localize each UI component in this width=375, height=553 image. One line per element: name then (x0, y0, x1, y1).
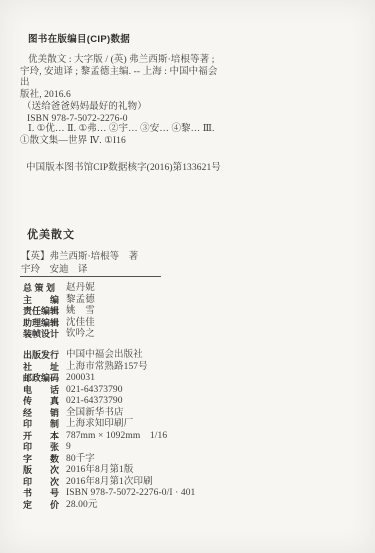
book-author: 【英】弗兰西斯·培根等 著 (21, 248, 138, 262)
cip-record-line: 优美散文 : 大字版 / (英) 弗兰西斯·培根等著 ; (20, 55, 225, 67)
publication-row-value: 中国中福会出版社 (66, 350, 143, 362)
publication-row: 定 价 28.00元 (23, 500, 195, 512)
publication-row: 印 制 上海求知印刷厂 (23, 419, 195, 431)
staff-row-value: 黎孟德 (66, 295, 95, 307)
publication-row-label: 社 址 (23, 362, 60, 374)
staff-row-value: 姚 雪 (66, 306, 95, 318)
publication-row-value: 9 (66, 442, 71, 454)
publication-row-value: 2016年8月第1版 (66, 465, 134, 477)
divider-rule (20, 276, 161, 277)
staff-row: 助理编辑 沈佳佳 (23, 318, 95, 330)
staff-row-label: 责任编辑 (23, 306, 60, 318)
book-translators: 宇玲 安迪 译 (21, 261, 88, 275)
publication-row: 电 话 021-64373790 (23, 385, 195, 397)
publication-row-value: 2016年8月第1次印刷 (66, 477, 153, 489)
cip-record-line: 宇玲, 安迪译 ; 黎孟德主编. -- 上海 : 中国中福会出 (20, 67, 225, 90)
publication-row-value: 28.00元 (66, 500, 97, 512)
publication-row-label: 开 本 (23, 431, 60, 443)
publication-row: 书 号 ISBN 978-7-5072-2276-0/I · 401 (23, 488, 195, 500)
cip-classification-block: Ⅰ. ①优… Ⅱ. ①弗… ②宇… ③安… ④黎… Ⅲ. ①散文集—世界 Ⅳ. … (20, 124, 250, 148)
publication-row-label: 定 价 (23, 500, 60, 512)
publication-row-value: 021-64373790 (66, 385, 123, 397)
publication-row: 印 张 9 (23, 442, 195, 454)
publication-row-label: 版 次 (23, 465, 60, 477)
staff-row-value: 沈佳佳 (66, 318, 95, 330)
cip-record-block: 优美散文 : 大字版 / (英) 弗兰西斯·培根等著 ; 宇玲, 安迪译 ; 黎… (20, 55, 225, 125)
cip-record-line: 版社, 2016.6 (20, 90, 225, 102)
staff-row-label: 装帧设计 (23, 329, 60, 341)
publication-row: 出版发行 中国中福会出版社 (23, 350, 195, 362)
publication-row: 传 真 021-64373790 (23, 396, 195, 408)
staff-row-label: 助理编辑 (23, 318, 60, 330)
cip-heading: 图书在版编目(CIP)数据 (28, 31, 130, 45)
cip-verification: 中国版本图书馆CIP数据核字(2016)第133621号 (26, 159, 221, 173)
publication-row-value: 200031 (66, 373, 95, 385)
copyright-page: 图书在版编目(CIP)数据 优美散文 : 大字版 / (英) 弗兰西斯·培根等著… (0, 0, 375, 553)
publication-row-label: 印 次 (23, 477, 60, 489)
publication-row-label: 经 销 (23, 408, 60, 420)
publication-row-label: 电 话 (23, 385, 60, 397)
publication-row: 字 数 80千字 (23, 454, 195, 466)
publication-row-label: 印 制 (23, 419, 60, 431)
publication-row: 社 址 上海市常熟路157号 (23, 362, 195, 374)
staff-row-label: 总 策 划 (23, 283, 60, 295)
staff-row: 总 策 划 赵丹妮 (23, 283, 95, 295)
cip-record-line: （送给爸爸妈妈最好的礼物） (20, 102, 225, 114)
publication-row-value: 上海市常熟路157号 (66, 362, 148, 374)
cip-classification-line: ①散文集—世界 Ⅳ. ①I16 (20, 136, 250, 148)
publication-row-label: 邮政编码 (23, 373, 60, 385)
staff-row: 主 编 黎孟德 (23, 295, 95, 307)
publication-row-label: 字 数 (23, 454, 60, 466)
publication-row-label: 出版发行 (23, 350, 60, 362)
publication-row: 邮政编码 200031 (23, 373, 195, 385)
publication-row: 版 次 2016年8月第1版 (23, 465, 195, 477)
publication-row-value: 全国新华书店 (66, 408, 124, 420)
staff-credits-table: 总 策 划 赵丹妮 主 编 黎孟德 责任编辑 姚 雪 助理编辑 沈佳佳 装帧设计… (23, 283, 95, 341)
publication-row-label: 书 号 (23, 488, 60, 500)
book-title: 优美散文 (27, 226, 75, 242)
staff-row-value: 钦吟之 (66, 329, 95, 341)
publication-row-value: 上海求知印刷厂 (66, 419, 133, 431)
publication-row-value: 80千字 (66, 454, 95, 466)
publication-row-value: 021-64373790 (66, 396, 123, 408)
staff-row-value: 赵丹妮 (66, 283, 95, 295)
publication-row-label: 传 真 (23, 396, 60, 408)
publication-row-value: ISBN 978-7-5072-2276-0/I · 401 (66, 488, 195, 500)
cip-classification-line: Ⅰ. ①优… Ⅱ. ①弗… ②宇… ③安… ④黎… Ⅲ. (20, 124, 250, 136)
staff-row: 装帧设计 钦吟之 (23, 329, 95, 341)
publication-row: 开 本 787mm × 1092mm 1/16 (23, 431, 195, 443)
staff-row: 责任编辑 姚 雪 (23, 306, 95, 318)
publication-details-table: 出版发行 中国中福会出版社 社 址 上海市常熟路157号 邮政编码 200031… (23, 350, 195, 511)
publication-row-value: 787mm × 1092mm 1/16 (66, 431, 167, 443)
publication-row: 经 销 全国新华书店 (23, 408, 195, 420)
publication-row-label: 印 张 (23, 442, 60, 454)
staff-row-label: 主 编 (23, 295, 60, 307)
publication-row: 印 次 2016年8月第1次印刷 (23, 477, 195, 489)
